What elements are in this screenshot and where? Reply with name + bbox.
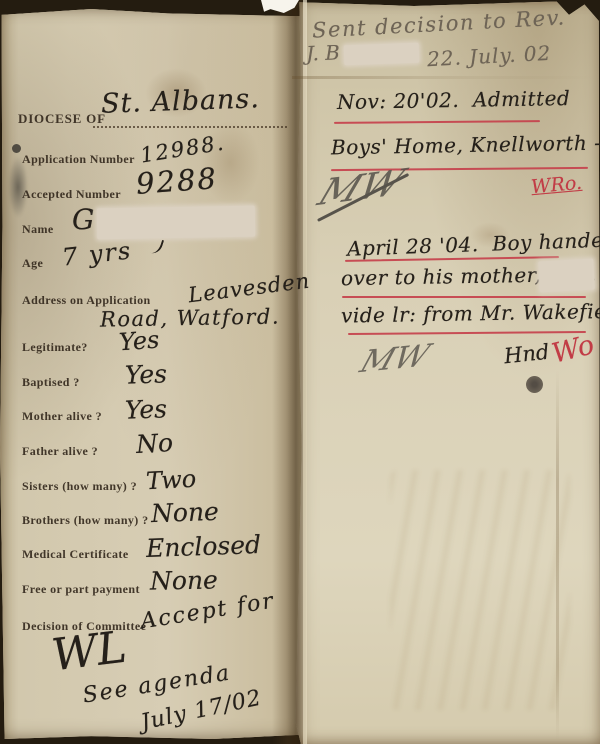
clerk-initials-red-1: WRo.: [530, 172, 583, 198]
field-value-baptised: Yes: [125, 359, 168, 389]
admission-entry-line1: Nov: 20'02. Admitted: [337, 86, 571, 114]
field-label-brothers: Brothers (how many) ?: [22, 513, 149, 528]
field-label-payment: Free or part payment: [22, 582, 140, 597]
committee-initials-scrawl: WL: [49, 622, 129, 682]
field-value-name: G: [72, 203, 94, 236]
clerk-initials-ink: Hnd: [503, 340, 551, 369]
field-label-father-alive: Father alive ?: [22, 444, 98, 459]
field-label-baptised: Baptised ?: [22, 375, 80, 390]
field-label-name: Name: [22, 222, 54, 237]
field-label-application-number: Application Number: [22, 152, 135, 167]
admission-entry-line2: Boys' Home, Knellworth -: [331, 131, 600, 160]
field-value-sisters: Two: [145, 465, 197, 496]
redaction-box-name: [97, 206, 256, 240]
redaction-box-reverend-name: [344, 43, 420, 66]
field-label-medical-certificate: Medical Certificate: [22, 547, 129, 562]
field-value-legitimate: Yes: [118, 326, 160, 357]
field-label-legitimate: Legitimate?: [22, 340, 88, 355]
document-scan: DIOCESE OF St. Albans. Application Numbe…: [0, 0, 600, 744]
field-label-age: Age: [22, 256, 43, 271]
field-label-mother-alive: Mother alive ?: [22, 409, 102, 424]
field-value-accepted-number: 9288: [135, 161, 219, 201]
page-fold-highlight: [303, 0, 307, 744]
field-value-payment: None: [150, 565, 218, 595]
discharge-entry-line3: vide lr: from Mr. Wakefield :: [341, 298, 600, 327]
field-value-mother-alive: Yes: [125, 394, 168, 424]
field-label-sisters: Sisters (how many) ?: [22, 479, 137, 494]
diocese-value: St. Albans.: [101, 83, 261, 120]
field-value-father-alive: No: [135, 428, 173, 459]
ink-blot-dot: [526, 376, 543, 393]
field-label-address: Address on Application: [22, 293, 151, 308]
field-value-brothers: None: [151, 497, 220, 528]
field-value-medical-certificate: Enclosed: [146, 530, 262, 563]
field-label-accepted-number: Accepted Number: [22, 187, 121, 202]
pencil-note-name-prefix: J. B: [306, 40, 341, 65]
redaction-box-mother-name: [538, 259, 595, 293]
